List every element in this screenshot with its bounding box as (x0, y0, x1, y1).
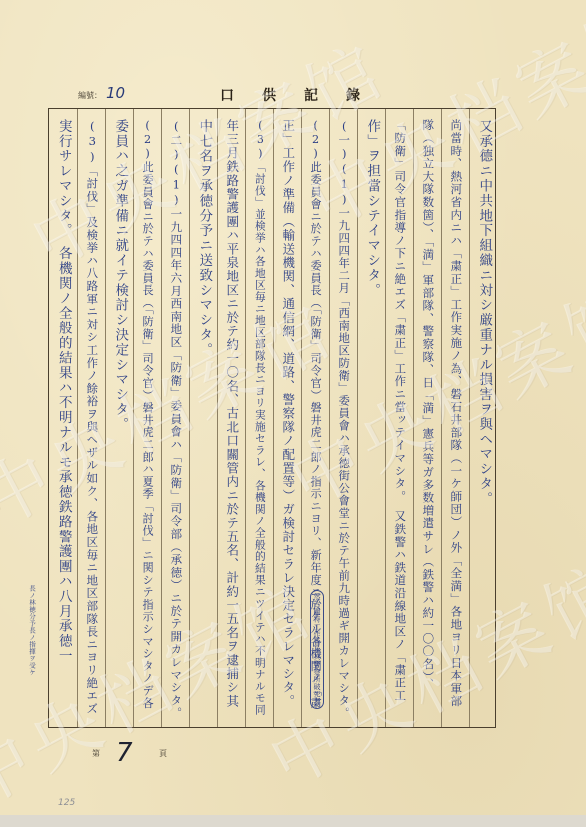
serial-label: 編號： (78, 90, 102, 101)
text-column: 尚當時、熱河省内ニハ「粛正」工作実施ノ為、磐石井部隊（一ケ師団）ノ外「全満」各地… (441, 109, 469, 727)
column-text: 年三月鉄路警護團ハ平泉地区ニ於テ約一〇名、古北口關管内ニ於テ五名、計約一五名ヲ逮… (225, 119, 238, 708)
writing-grid: 実行サレマシタ。 各機関ノ全般的結果ハ不明ナルモ承徳鉄路警護團ハ八月承徳一(3)… (48, 108, 496, 728)
page-suffix-label: 頁 (159, 748, 167, 759)
text-column: (一)(1)一九四四年二月「西南地区防衛」委員會ハ承徳街公會堂ニ於テ午前九時過ギ… (329, 109, 357, 727)
text-column: 隊（独立大隊数箇）、「満」軍部隊、警察隊、日「満」憲兵等ガ多数増遣サレ（鉄警ハ約… (413, 109, 441, 727)
text-column: (3)「討伐」及検挙ハ八路軍ニ対シ工作ノ餘裕ヲ與ヘザル如ク、各地区毎ニ地区部隊長… (77, 109, 105, 727)
form-title: 口供記錄 (220, 85, 388, 105)
text-column: 又承德ニ中共地下組織ニ対シ厳重ナル損害ヲ與ヘマシタ。 (469, 109, 497, 727)
page-number: 7 (116, 738, 133, 768)
column-text: (3)「討伐」並検挙ハ各地区毎ニ地区部隊長ニヨリ実施セラレ、各機関ノ全般的結果ニ… (254, 119, 265, 716)
text-column: 実行サレマシタ。 各機関ノ全般的結果ハ不明ナルモ承徳鉄路警護團ハ八月承徳一 (49, 109, 77, 727)
text-column: 正」工作ノ準備（輸送機関、通信網、道路、警察隊ノ配置等）ガ検討セラレ決定セラレマ… (273, 109, 301, 727)
text-column: 年三月鉄路警護團ハ平泉地区ニ於テ約一〇名、古北口關管内ニ於テ五名、計約一五名ヲ逮… (217, 109, 245, 727)
column-text: 隊（独立大隊数箇）、「満」軍部隊、警察隊、日「満」憲兵等ガ多数増遣サレ（鉄警ハ約… (422, 119, 434, 690)
column-text: (二)(1)一九四四年六月西南地区「防衛」委員會ハ「防衛」司令部（承徳）ニ於テ開… (170, 119, 182, 720)
text-column: 作」ヲ担當シテイマシタ。 (357, 109, 385, 727)
form-header: 編號： 10 口供記錄 (0, 84, 586, 108)
inline-insert-annotation: 然占關特工作管及其警察所破死者 (310, 590, 324, 709)
column-text: 「防衛」司令官指導ノ下ニ絶エズ「粛正」工作ニ當ッテイマシタ。 又鉄警ハ鉄道沿線地… (394, 119, 406, 702)
column-text: (2)此委員會ニ於テハ委員長（「防衛」司令官）磐井虎二郎ハ夏季「討伐」ニ関シテ指… (142, 119, 153, 709)
column-text: 作」ヲ担當シテイマシタ。 (365, 119, 379, 298)
document-page: 中央档案馆 中央档案馆 中央档案馆 中央档案馆 中央档案馆 中央档案馆 編號： … (0, 0, 586, 815)
column-text: 正」工作ノ準備（輸送機関、通信網、道路、警察隊ノ配置等）ガ検討セラレ決定セラレマ… (281, 119, 294, 708)
margin-note: 長ノ林徳分予長ノ指揮ヲ受ケ (28, 585, 37, 676)
column-text: 中七名ヲ承徳分予ニ送致シマシタ。 (197, 119, 211, 357)
text-column: 中七名ヲ承徳分予ニ送致シマシタ。 (189, 109, 217, 727)
column-text: (一)(1)一九四四年二月「西南地区防衛」委員會ハ承徳街公會堂ニ於テ午前九時過ギ… (338, 119, 349, 720)
column-text: (3)「討伐」及検挙ハ八路軍ニ対シ工作ノ餘裕ヲ與ヘザル如ク、各地区毎ニ地区部隊長… (86, 119, 98, 715)
text-column: (2)此委員會ニ於テハ委員長（「防衛」司令官）磐井虎二郎ハ夏季「討伐」ニ関シテ指… (133, 109, 161, 727)
serial-number: 10 (106, 84, 125, 102)
page-prefix-label: 第 (92, 748, 100, 759)
text-column: 委員ハ之ガ準備ニ就イテ検討シ決定シマシタ。 (105, 109, 133, 727)
text-column: 「防衛」司令官指導ノ下ニ絶エズ「粛正」工作ニ當ッテイマシタ。 又鉄警ハ鉄道沿線地… (385, 109, 413, 727)
scan-edge (0, 815, 586, 827)
column-text: 尚當時、熱河省内ニハ「粛正」工作実施ノ為、磐石井部隊（一ケ師団）ノ外「全満」各地… (450, 119, 462, 708)
text-column: (3)「討伐」並検挙ハ各地区毎ニ地区部隊長ニヨリ実施セラレ、各機関ノ全般的結果ニ… (245, 109, 273, 727)
pencil-mark: 125 (58, 798, 75, 808)
text-column: (二)(1)一九四四年六月西南地区「防衛」委員會ハ「防衛」司令部（承徳）ニ於テ開… (161, 109, 189, 727)
column-text: 実行サレマシタ。 各機関ノ全般的結果ハ不明ナルモ承徳鉄路警護團ハ八月承徳一 (56, 119, 70, 664)
column-text: 又承德ニ中共地下組織ニ対シ厳重ナル損害ヲ與ヘマシタ。 (477, 119, 491, 506)
column-text: 委員ハ之ガ準備ニ就イテ検討シ決定シマシタ。 (113, 119, 127, 432)
